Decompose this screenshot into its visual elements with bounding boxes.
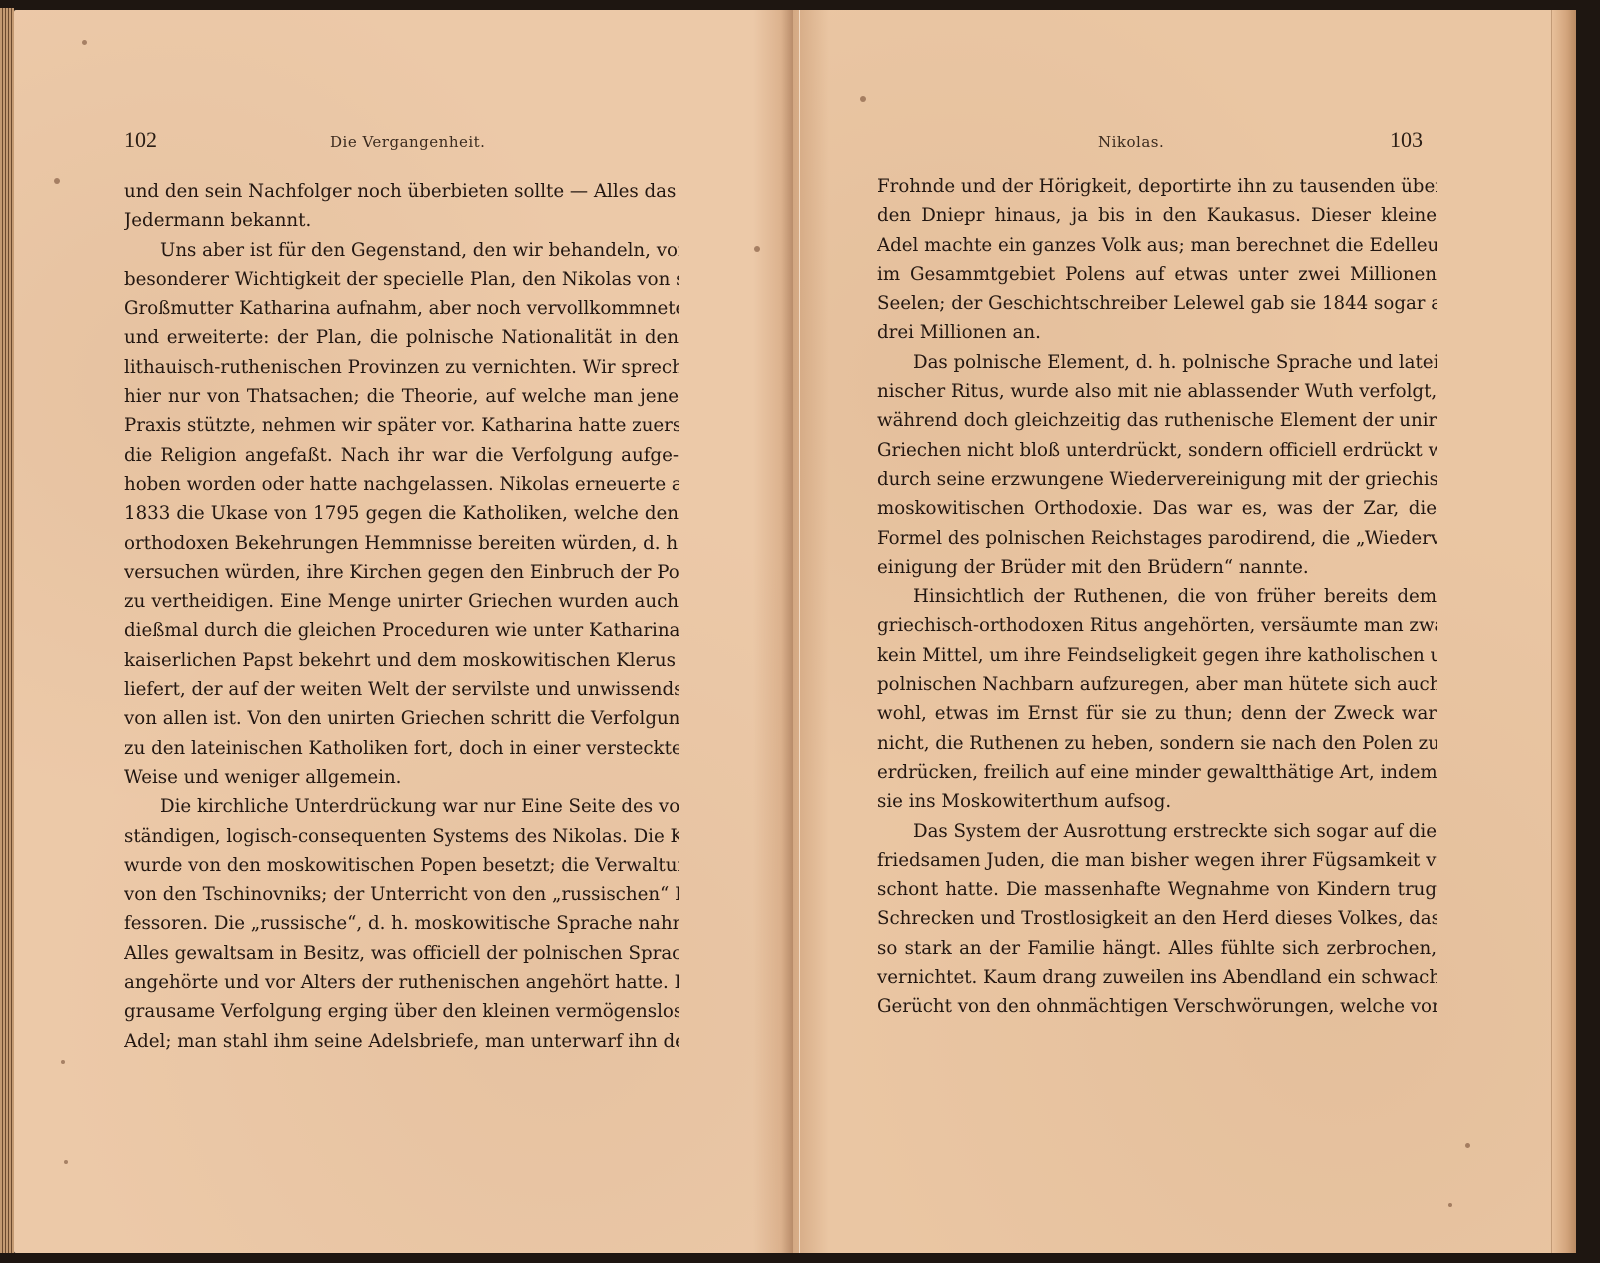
text-line: kaiserlichen Papst bekehrt und dem mosko…	[124, 646, 679, 675]
foxing-spot	[860, 96, 866, 102]
running-head: Die Vergangenheit.	[330, 133, 485, 151]
text-line: Das System der Ausrottung erstreckte sic…	[877, 817, 1437, 846]
text-line: und den sein Nachfolger noch überbieten …	[124, 177, 679, 206]
text-line: nicht, die Ruthenen zu heben, sondern si…	[877, 729, 1437, 758]
text-line: einigung der Brüder mit den Brüdern“ nan…	[877, 553, 1437, 582]
text-line: wohl, etwas im Ernst für sie zu thun; de…	[877, 699, 1437, 728]
text-line: schont hatte. Die massenhafte Wegnahme v…	[877, 875, 1437, 904]
text-line: wurde von den moskowitischen Popen beset…	[124, 851, 679, 880]
text-line: zu vertheidigen. Eine Menge unirter Grie…	[124, 587, 679, 616]
text-line: Uns aber ist für den Gegenstand, den wir…	[124, 236, 679, 265]
text-line: Großmutter Katharina aufnahm, aber noch …	[124, 294, 679, 323]
page-edges	[1551, 10, 1576, 1253]
foxing-spot	[61, 1060, 65, 1064]
text-line: griechisch-orthodoxen Ritus angehörten, …	[877, 611, 1437, 640]
text-line: versuchen würden, ihre Kirchen gegen den…	[124, 558, 679, 587]
running-head: Nikolas.	[1098, 133, 1164, 151]
text-line: Weise und weniger allgemein.	[124, 763, 679, 792]
text-line: dießmal durch die gleichen Proceduren wi…	[124, 616, 679, 645]
text-line: orthodoxen Bekehrungen Hemmnisse bereite…	[124, 529, 679, 558]
text-line: Hinsichtlich der Ruthenen, die von frühe…	[877, 582, 1437, 611]
text-line: besonderer Wichtigkeit der specielle Pla…	[124, 265, 679, 294]
text-line: Frohnde und der Hörigkeit, deportirte ih…	[877, 172, 1437, 201]
foxing-spot	[1465, 1143, 1470, 1148]
open-book: 102 Die Vergangenheit. Nikolas. 103 und …	[0, 0, 1600, 1263]
text-line: Adel machte ein ganzes Volk aus; man ber…	[877, 231, 1437, 260]
text-line: hier nur von Thatsachen; die Theorie, au…	[124, 382, 679, 411]
text-line: angehörte und vor Alters der ruthenische…	[124, 968, 679, 997]
text-line: sie ins Moskowiterthum aufsog.	[877, 787, 1437, 816]
body-text: Frohnde und der Hörigkeit, deportirte ih…	[877, 172, 1437, 1022]
text-line: drei Millionen an.	[877, 318, 1437, 347]
text-line: fessoren. Die „russische“, d. h. moskowi…	[124, 909, 679, 938]
foxing-spot	[82, 40, 87, 45]
body-text: und den sein Nachfolger noch überbieten …	[124, 177, 679, 1056]
text-line: die Religion angefaßt. Nach ihr war die …	[124, 441, 679, 470]
text-line: kein Mittel, um ihre Feindseligkeit gege…	[877, 641, 1437, 670]
text-line: so stark an der Familie hängt. Alles füh…	[877, 934, 1437, 963]
text-line: und erweiterte: der Plan, die polnische …	[124, 323, 679, 352]
text-line: nischer Ritus, wurde also mit nie ablass…	[877, 377, 1437, 406]
text-line: grausame Verfolgung erging über den klei…	[124, 997, 679, 1026]
text-line: Gerücht von den ohnmächtigen Verschwörun…	[877, 992, 1437, 1021]
text-line: moskowitischen Orthodoxie. Das war es, w…	[877, 494, 1437, 523]
text-line: Jedermann bekannt.	[124, 206, 679, 235]
text-line: lithauisch-ruthenischen Provinzen zu ver…	[124, 353, 679, 382]
gutter-shadow	[753, 10, 793, 1253]
text-line: im Gesammtgebiet Polens auf etwas unter …	[877, 260, 1437, 289]
text-line: hoben worden oder hatte nachgelassen. Ni…	[124, 470, 679, 499]
foxing-spot	[64, 1160, 68, 1164]
text-line: den Dniepr hinaus, ja bis in den Kaukasu…	[877, 201, 1437, 230]
text-line: Adel; man stahl ihm seine Adelsbriefe, m…	[124, 1027, 679, 1056]
text-line: Schrecken und Trostlosigkeit an den Herd…	[877, 904, 1437, 933]
foxing-spot	[1448, 1203, 1452, 1207]
text-line: erdrücken, freilich auf eine minder gewa…	[877, 758, 1437, 787]
text-line: von allen ist. Von den unirten Griechen …	[124, 704, 679, 733]
text-line: zu den lateinischen Katholiken fort, doc…	[124, 734, 679, 763]
text-line: Formel des polnischen Reichstages parodi…	[877, 524, 1437, 553]
text-line: Die kirchliche Unterdrückung war nur Ein…	[124, 792, 679, 821]
page-number: 102	[124, 127, 157, 153]
foxing-spot	[754, 246, 760, 252]
text-line: ständigen, logisch-consequenten Systems …	[124, 822, 679, 851]
text-line: Alles gewaltsam in Besitz, was officiell…	[124, 939, 679, 968]
text-line: Das polnische Element, d. h. polnische S…	[877, 348, 1437, 377]
text-line: Seelen; der Geschichtschreiber Lelewel g…	[877, 289, 1437, 318]
page-number: 103	[1390, 127, 1423, 153]
text-line: Praxis stützte, nehmen wir später vor. K…	[124, 411, 679, 440]
text-line: während doch gleichzeitig das ruthenisch…	[877, 406, 1437, 435]
page-edges	[0, 8, 14, 1253]
text-line: polnischen Nachbarn aufzuregen, aber man…	[877, 670, 1437, 699]
text-line: Griechen nicht bloß unterdrückt, sondern…	[877, 436, 1437, 465]
torn-page-edge	[799, 10, 806, 1253]
text-line: liefert, der auf der weiten Welt der ser…	[124, 675, 679, 704]
foxing-spot	[54, 178, 60, 184]
text-line: 1833 die Ukase von 1795 gegen die Kathol…	[124, 499, 679, 528]
text-line: von den Tschinovniks; der Unterricht von…	[124, 880, 679, 909]
text-line: friedsamen Juden, die man bisher wegen i…	[877, 846, 1437, 875]
text-line: durch seine erzwungene Wiedervereinigung…	[877, 465, 1437, 494]
text-line: vernichtet. Kaum drang zuweilen ins Aben…	[877, 963, 1437, 992]
